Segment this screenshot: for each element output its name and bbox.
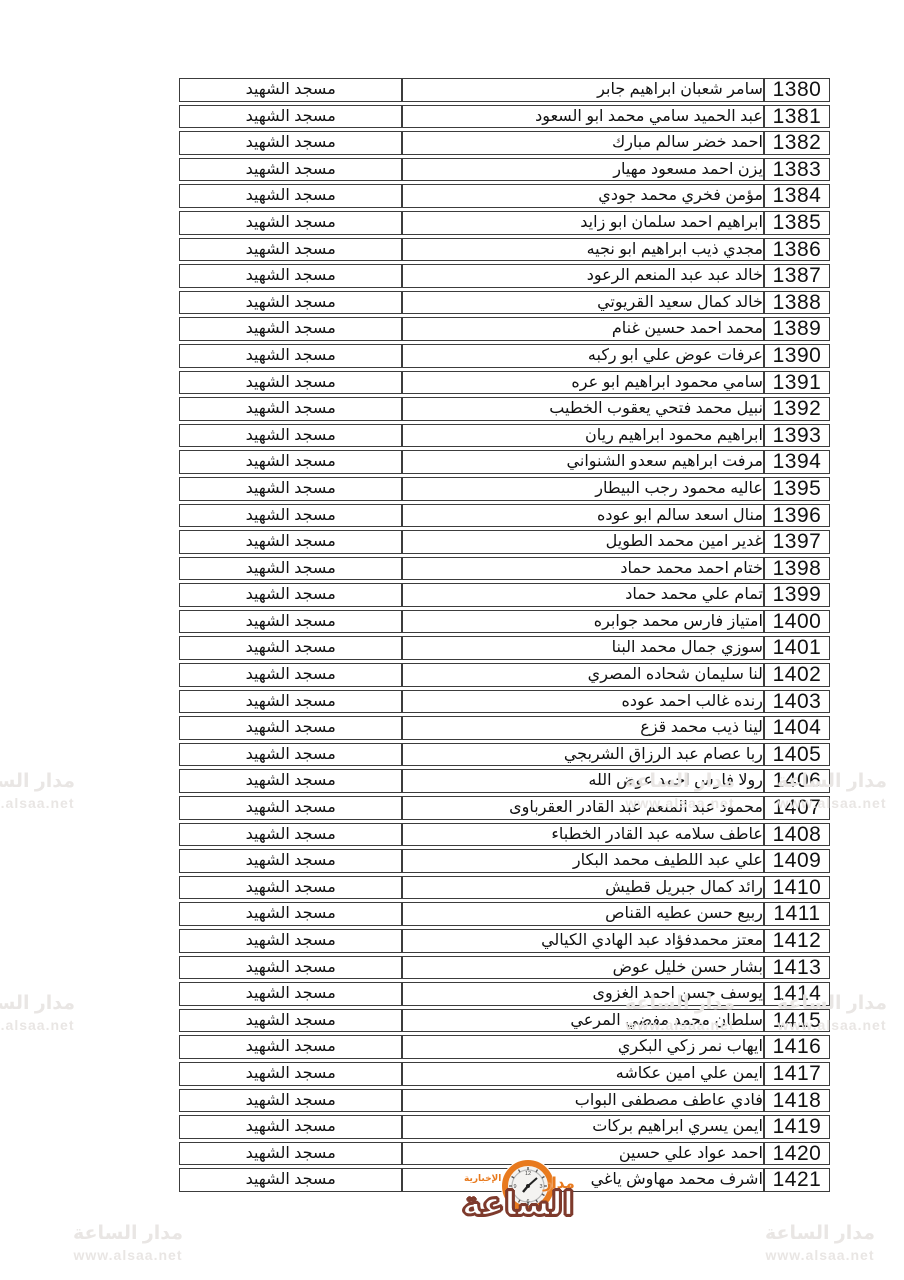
table-row: 1408 عاطف سلامه عبد القادر الخطباء مسجد … [179,823,830,847]
names-table-wrap: 1380 سامر شعبان ابراهيم جابر مسجد الشهيد… [179,78,830,1195]
cell-number: 1420 [764,1142,830,1166]
cell-name: امتياز فارس محمد جوابره [402,610,764,634]
cell-number: 1407 [764,796,830,820]
table-row: 1386 مجدي ذيب ابراهيم ابو نجيه مسجد الشه… [179,238,830,262]
cell-number: 1381 [764,105,830,129]
table-row: 1413 بشار حسن خليل عوض مسجد الشهيد [179,956,830,980]
cell-mosque: مسجد الشهيد [179,424,402,448]
table-row: 1411 ربيع حسن عطيه القناص مسجد الشهيد [179,902,830,926]
cell-name: بشار حسن خليل عوض [402,956,764,980]
cell-mosque: مسجد الشهيد [179,929,402,953]
table-row: 1399 تمام علي محمد حماد مسجد الشهيد [179,583,830,607]
logo-tagline: الإخبارية [464,1173,501,1184]
cell-number: 1404 [764,716,830,740]
cell-name: ايمن يسري ابراهيم بركات [402,1115,764,1139]
cell-name: منال اسعد سالم ابو عوده [402,504,764,528]
cell-name: معتز محمدفؤاد عبد الهادي الكيالي [402,929,764,953]
cell-number: 1412 [764,929,830,953]
svg-text:12: 12 [525,1171,531,1177]
cell-number: 1387 [764,264,830,288]
cell-mosque: مسجد الشهيد [179,1009,402,1033]
cell-number: 1386 [764,238,830,262]
cell-mosque: مسجد الشهيد [179,557,402,581]
cell-name: ربيع حسن عطيه القناص [402,902,764,926]
table-row: 1402 لنا سليمان شحاده المصري مسجد الشهيد [179,663,830,687]
cell-mosque: مسجد الشهيد [179,796,402,820]
cell-mosque: مسجد الشهيد [179,690,402,714]
cell-name: رولا فارس احمد عوض الله [402,769,764,793]
cell-number: 1414 [764,982,830,1006]
table-row: 1398 ختام احمد محمد حماد مسجد الشهيد [179,557,830,581]
cell-name: يوسف حسن احمد الغزوى [402,982,764,1006]
cell-number: 1393 [764,424,830,448]
cell-number: 1388 [764,291,830,315]
cell-name: ربا عصام عبد الرزاق الشربجي [402,743,764,767]
cell-mosque: مسجد الشهيد [179,344,402,368]
cell-name: سوزي جمال محمد البنا [402,636,764,660]
table-row: 1396 منال اسعد سالم ابو عوده مسجد الشهيد [179,504,830,528]
cell-name: رنده غالب احمد عوده [402,690,764,714]
cell-number: 1418 [764,1089,830,1113]
watermark-site-name: مدار الساعة [0,770,100,794]
table-row: 1400 امتياز فارس محمد جوابره مسجد الشهيد [179,610,830,634]
table-row: 1410 رائد كمال جبريل قطيش مسجد الشهيد [179,876,830,900]
table-row: 1387 خالد عبد عبد المنعم الرعود مسجد الش… [179,264,830,288]
page: { "table": { "mosque_label": "مسجد الشهي… [0,0,904,1280]
cell-number: 1402 [764,663,830,687]
cell-number: 1417 [764,1062,830,1086]
cell-number: 1391 [764,371,830,395]
table-row: 1418 فادي عاطف مصطفى البواب مسجد الشهيد [179,1089,830,1113]
table-row: 1401 سوزي جمال محمد البنا مسجد الشهيد [179,636,830,660]
cell-mosque: مسجد الشهيد [179,849,402,873]
cell-name: عرفات عوض علي ابو ركبه [402,344,764,368]
table-row: 1384 مؤمن فخري محمد جودي مسجد الشهيد [179,184,830,208]
cell-mosque: مسجد الشهيد [179,78,402,102]
table-row: 1382 احمد خضر سالم مبارك مسجد الشهيد [179,131,830,155]
cell-name: مرفت ابراهيم سعدو الشنواني [402,450,764,474]
watermark-site-url: www.alsaa.net [48,1246,208,1264]
cell-name: عاليه محمود رجب البيطار [402,477,764,501]
cell-number: 1410 [764,876,830,900]
cell-number: 1408 [764,823,830,847]
cell-mosque: مسجد الشهيد [179,211,402,235]
cell-name: يزن احمد مسعود مهيار [402,158,764,182]
cell-name: علي عبد اللطيف محمد البكار [402,849,764,873]
table-row: 1389 محمد احمد حسين غنام مسجد الشهيد [179,317,830,341]
cell-number: 1396 [764,504,830,528]
cell-mosque: مسجد الشهيد [179,238,402,262]
cell-mosque: مسجد الشهيد [179,876,402,900]
cell-number: 1399 [764,583,830,607]
table-row: 1403 رنده غالب احمد عوده مسجد الشهيد [179,690,830,714]
cell-name: ايمن علي امين عكاشه [402,1062,764,1086]
watermark-site: مدار الساعة www.alsaa.net [740,1222,900,1264]
cell-mosque: مسجد الشهيد [179,1168,402,1192]
cell-name: ابراهيم محمود ابراهيم ريان [402,424,764,448]
cell-mosque: مسجد الشهيد [179,317,402,341]
cell-mosque: مسجد الشهيد [179,823,402,847]
cell-number: 1403 [764,690,830,714]
table-row: 1416 ايهاب نمر زكي البكري مسجد الشهيد [179,1035,830,1059]
cell-mosque: مسجد الشهيد [179,105,402,129]
cell-number: 1421 [764,1168,830,1192]
table-row: 1383 يزن احمد مسعود مهيار مسجد الشهيد [179,158,830,182]
cell-number: 1401 [764,636,830,660]
cell-number: 1411 [764,902,830,926]
cell-mosque: مسجد الشهيد [179,397,402,421]
cell-name: محمود عبد المنعم عبد القادر العقرباوى [402,796,764,820]
table-row: 1393 ابراهيم محمود ابراهيم ريان مسجد الش… [179,424,830,448]
cell-number: 1390 [764,344,830,368]
cell-name: مجدي ذيب ابراهيم ابو نجيه [402,238,764,262]
cell-name: خالد عبد عبد المنعم الرعود [402,264,764,288]
cell-number: 1380 [764,78,830,102]
cell-name: محمد احمد حسين غنام [402,317,764,341]
cell-number: 1389 [764,317,830,341]
table-row: 1409 علي عبد اللطيف محمد البكار مسجد الش… [179,849,830,873]
cell-mosque: مسجد الشهيد [179,1089,402,1113]
table-row: 1380 سامر شعبان ابراهيم جابر مسجد الشهيد [179,78,830,102]
watermark-site-name: مدار الساعة [740,1222,900,1246]
cell-number: 1395 [764,477,830,501]
cell-mosque: مسجد الشهيد [179,610,402,634]
cell-number: 1415 [764,1009,830,1033]
cell-name: عاطف سلامه عبد القادر الخطباء [402,823,764,847]
cell-name: غدير امين محمد الطويل [402,530,764,554]
table-row: 1405 ربا عصام عبد الرزاق الشربجي مسجد ال… [179,743,830,767]
cell-mosque: مسجد الشهيد [179,1142,402,1166]
cell-mosque: مسجد الشهيد [179,1035,402,1059]
cell-name: ايهاب نمر زكي البكري [402,1035,764,1059]
table-row: 1397 غدير امين محمد الطويل مسجد الشهيد [179,530,830,554]
cell-mosque: مسجد الشهيد [179,1115,402,1139]
cell-mosque: مسجد الشهيد [179,477,402,501]
table-row: 1385 ابراهيم احمد سلمان ابو زايد مسجد ال… [179,211,830,235]
table-body: 1380 سامر شعبان ابراهيم جابر مسجد الشهيد… [179,78,830,1192]
martyrs-names-table: 1380 سامر شعبان ابراهيم جابر مسجد الشهيد… [179,75,830,1195]
cell-name: تمام علي محمد حماد [402,583,764,607]
cell-number: 1413 [764,956,830,980]
cell-name: خالد كمال سعيد القريوتي [402,291,764,315]
cell-mosque: مسجد الشهيد [179,636,402,660]
cell-mosque: مسجد الشهيد [179,264,402,288]
cell-mosque: مسجد الشهيد [179,1062,402,1086]
table-row: 1406 رولا فارس احمد عوض الله مسجد الشهيد [179,769,830,793]
cell-number: 1392 [764,397,830,421]
cell-number: 1419 [764,1115,830,1139]
cell-mosque: مسجد الشهيد [179,184,402,208]
watermark-site: مدار الساعة www.alsaa.net [0,770,100,812]
cell-mosque: مسجد الشهيد [179,716,402,740]
cell-number: 1409 [764,849,830,873]
cell-number: 1398 [764,557,830,581]
cell-mosque: مسجد الشهيد [179,663,402,687]
cell-name: احمد خضر سالم مبارك [402,131,764,155]
watermark-site-url: www.alsaa.net [740,1246,900,1264]
table-row: 1395 عاليه محمود رجب البيطار مسجد الشهيد [179,477,830,501]
cell-name: ابراهيم احمد سلمان ابو زايد [402,211,764,235]
cell-mosque: مسجد الشهيد [179,743,402,767]
watermark-site-name: مدار الساعة [48,1222,208,1246]
cell-mosque: مسجد الشهيد [179,769,402,793]
cell-mosque: مسجد الشهيد [179,982,402,1006]
cell-mosque: مسجد الشهيد [179,504,402,528]
cell-mosque: مسجد الشهيد [179,583,402,607]
table-row: 1419 ايمن يسري ابراهيم بركات مسجد الشهيد [179,1115,830,1139]
table-row: 1414 يوسف حسن احمد الغزوى مسجد الشهيد [179,982,830,1006]
table-row: 1407 محمود عبد المنعم عبد القادر العقربا… [179,796,830,820]
cell-mosque: مسجد الشهيد [179,902,402,926]
table-row: 1391 سامي محمود ابراهيم ابو عره مسجد الش… [179,371,830,395]
cell-mosque: مسجد الشهيد [179,158,402,182]
table-row: 1394 مرفت ابراهيم سعدو الشنواني مسجد الش… [179,450,830,474]
logo-brand-large: الساعة [450,1186,586,1222]
cell-number: 1406 [764,769,830,793]
cell-mosque: مسجد الشهيد [179,291,402,315]
watermark-logo: 12 3 6 9 مدار الإخبارية الساعة [450,1150,630,1245]
cell-number: 1416 [764,1035,830,1059]
cell-mosque: مسجد الشهيد [179,956,402,980]
cell-name: نبيل محمد فتحي يعقوب الخطيب [402,397,764,421]
watermark-site-url: www.alsaa.net [0,1016,100,1034]
watermark-site-name: مدار الساعة [0,992,100,1016]
cell-name: رائد كمال جبريل قطيش [402,876,764,900]
cell-name: مؤمن فخري محمد جودي [402,184,764,208]
cell-number: 1384 [764,184,830,208]
table-row: 1404 لينا ذيب محمد قزع مسجد الشهيد [179,716,830,740]
table-row: 1412 معتز محمدفؤاد عبد الهادي الكيالي مس… [179,929,830,953]
cell-mosque: مسجد الشهيد [179,450,402,474]
table-row: 1381 عبد الحميد سامي محمد ابو السعود مسج… [179,105,830,129]
table-row: 1388 خالد كمال سعيد القريوتي مسجد الشهيد [179,291,830,315]
table-row: 1417 ايمن علي امين عكاشه مسجد الشهيد [179,1062,830,1086]
table-row: 1392 نبيل محمد فتحي يعقوب الخطيب مسجد ال… [179,397,830,421]
table-row: 1415 سلطان محمد مفضي المرعي مسجد الشهيد [179,1009,830,1033]
watermark-site-url: www.alsaa.net [0,794,100,812]
cell-name: ختام احمد محمد حماد [402,557,764,581]
cell-name: لنا سليمان شحاده المصري [402,663,764,687]
cell-name: سامي محمود ابراهيم ابو عره [402,371,764,395]
watermark-site: مدار الساعة www.alsaa.net [48,1222,208,1264]
cell-name: عبد الحميد سامي محمد ابو السعود [402,105,764,129]
cell-mosque: مسجد الشهيد [179,371,402,395]
cell-mosque: مسجد الشهيد [179,530,402,554]
watermark-site: مدار الساعة www.alsaa.net [0,992,100,1034]
cell-number: 1382 [764,131,830,155]
cell-number: 1394 [764,450,830,474]
cell-name: سلطان محمد مفضي المرعي [402,1009,764,1033]
cell-name: سامر شعبان ابراهيم جابر [402,78,764,102]
cell-mosque: مسجد الشهيد [179,131,402,155]
table-row: 1390 عرفات عوض علي ابو ركبه مسجد الشهيد [179,344,830,368]
cell-number: 1397 [764,530,830,554]
cell-number: 1383 [764,158,830,182]
cell-name: لينا ذيب محمد قزع [402,716,764,740]
cell-number: 1385 [764,211,830,235]
cell-name: فادي عاطف مصطفى البواب [402,1089,764,1113]
cell-number: 1400 [764,610,830,634]
cell-number: 1405 [764,743,830,767]
